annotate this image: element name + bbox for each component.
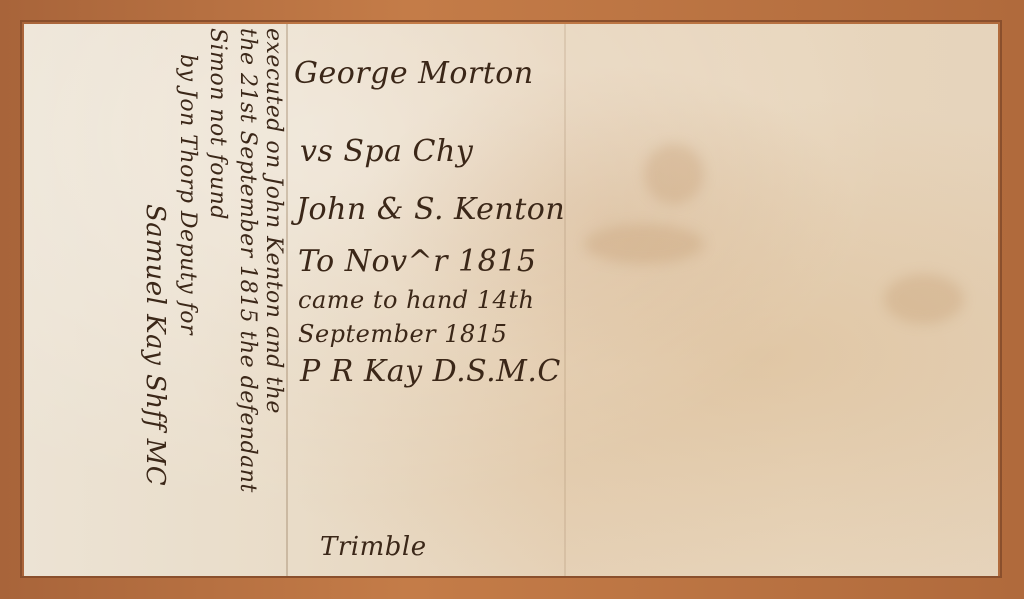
endorsement-return-date: To Nov^r 1815 — [298, 244, 536, 279]
endorsement-defendants: John & S. Kenton — [296, 192, 565, 227]
vertical-note-line: Samuel Kay Shff MC — [140, 204, 170, 486]
stain — [584, 224, 704, 264]
document-paper: executed on John Kenton and the the 21st… — [24, 24, 998, 576]
endorsement-received-date: September 1815 — [298, 320, 507, 348]
vertical-note-line: by Jon Thorp Deputy for — [175, 54, 200, 335]
endorsement-received: came to hand 14th — [298, 286, 534, 314]
stain — [644, 144, 704, 204]
endorsement-plaintiff: George Morton — [294, 56, 534, 91]
vertical-note-line: Simon not found — [205, 28, 230, 220]
fold-line — [564, 24, 566, 576]
vertical-note-line: executed on John Kenton and the — [261, 28, 286, 414]
vertical-note-line: the 21st September 1815 the defendant — [235, 28, 260, 493]
stain — [884, 274, 964, 324]
wooden-frame: executed on John Kenton and the the 21st… — [0, 0, 1024, 599]
fold-line — [286, 24, 288, 576]
bottom-signature: Trimble — [320, 532, 427, 562]
endorsement-versus: vs Spa Chy — [300, 134, 473, 169]
endorsement-signature: P R Kay D.S.M.C — [300, 354, 561, 389]
